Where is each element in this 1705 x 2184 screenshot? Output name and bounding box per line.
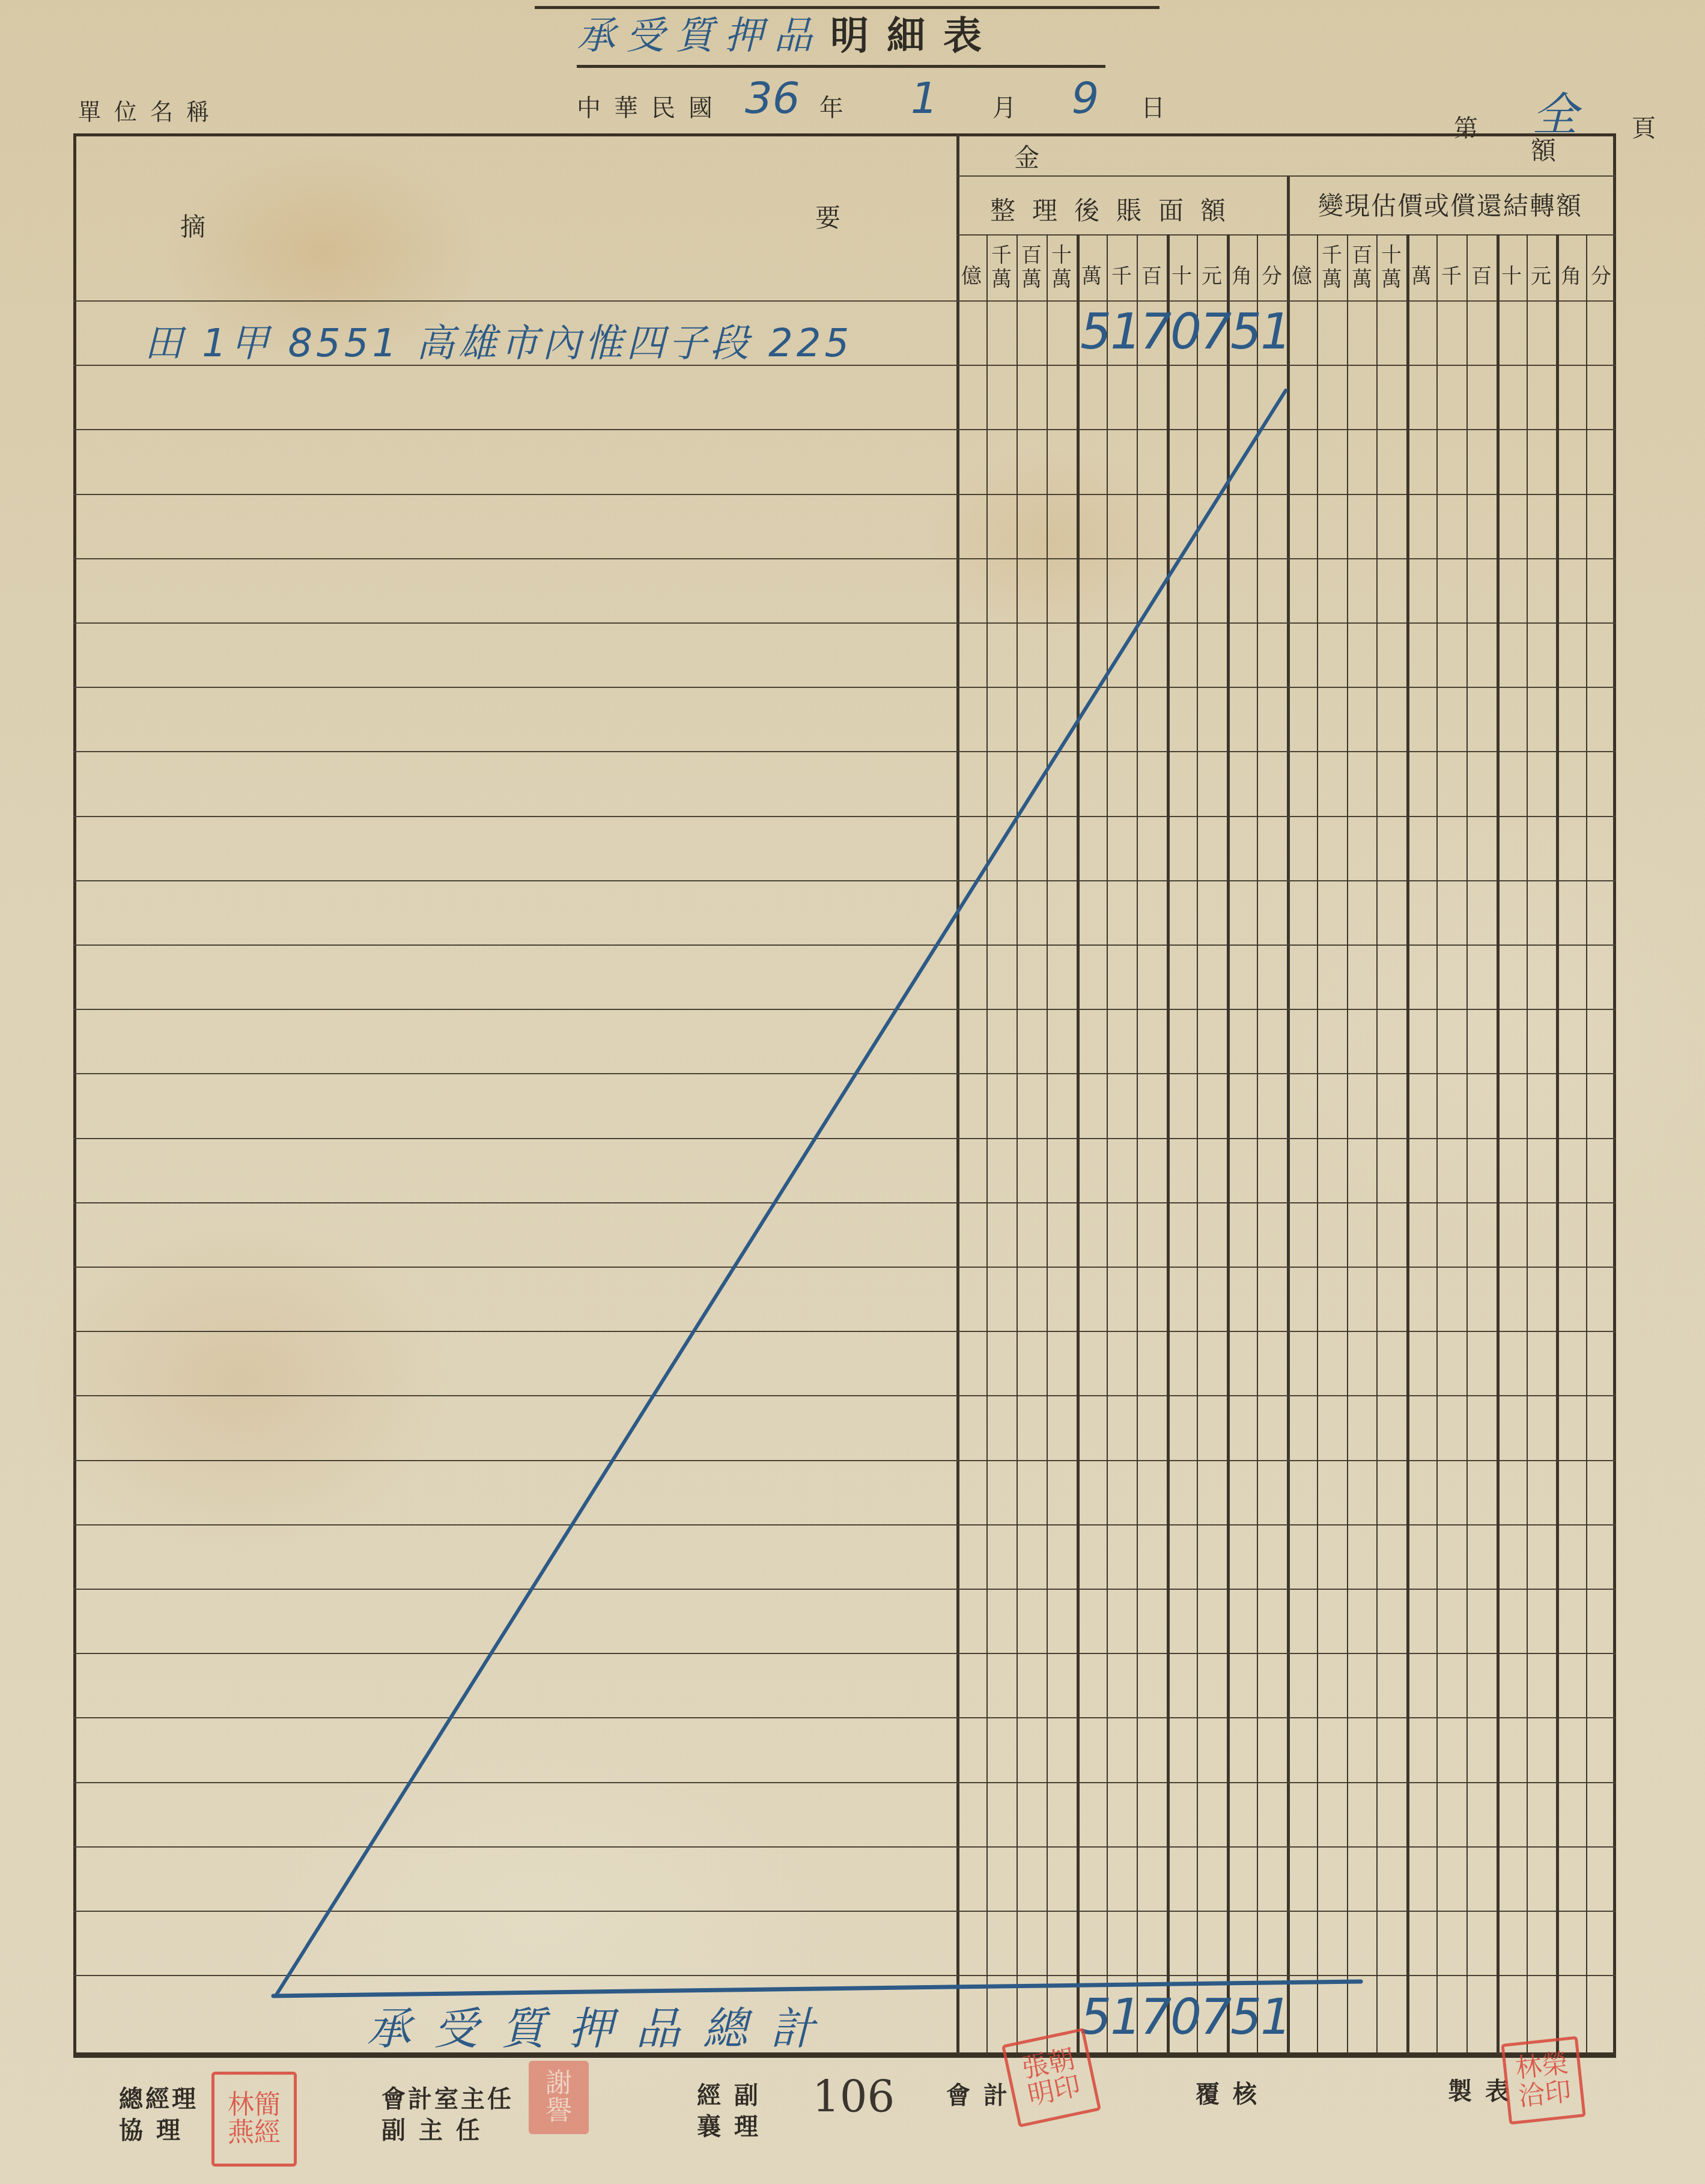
amount-digit: 0	[1170, 1989, 1202, 2046]
accounting-head-label: 會計室主任 副 主 任	[381, 2084, 514, 2146]
cancel-diagonal-line	[0, 0, 1705, 2184]
gm-label-top: 總經理	[119, 2084, 198, 2115]
accountant-seal: 張朝 明印	[1001, 2028, 1101, 2128]
reviewer-label: 覆 核	[1196, 2079, 1259, 2110]
acct-head-label-top: 會計室主任	[381, 2084, 514, 2115]
acct-head-label-bottom: 副 主 任	[381, 2115, 514, 2146]
handler-label-bottom: 襄 理	[697, 2111, 761, 2143]
amount-digit: 1	[1110, 1989, 1141, 2046]
preparer-seal: 林榮 洽印	[1501, 2036, 1585, 2125]
amount-digit: 7	[1140, 1989, 1172, 2046]
handler-label: 經 副 襄 理	[697, 2080, 761, 2143]
handler-label-top: 經 副	[697, 2080, 761, 2111]
gm-label: 總經理 協 理	[119, 2084, 198, 2146]
amount-digit: 7	[1200, 1989, 1232, 2046]
accountant-label: 會 計	[946, 2080, 1010, 2111]
gm-label-bottom: 協 理	[119, 2115, 198, 2146]
total-description: 承受質押品總計	[366, 1994, 837, 2057]
acct-head-seal: 謝 譽	[529, 2061, 589, 2134]
amount-digit: 5	[1230, 1989, 1262, 2046]
handler-stamp-number: 106	[812, 2072, 895, 2122]
amount-digit: 1	[1260, 1989, 1292, 2046]
preparer-label: 製 表	[1448, 2076, 1512, 2107]
gm-seal: 林簡 燕經	[211, 2072, 297, 2167]
